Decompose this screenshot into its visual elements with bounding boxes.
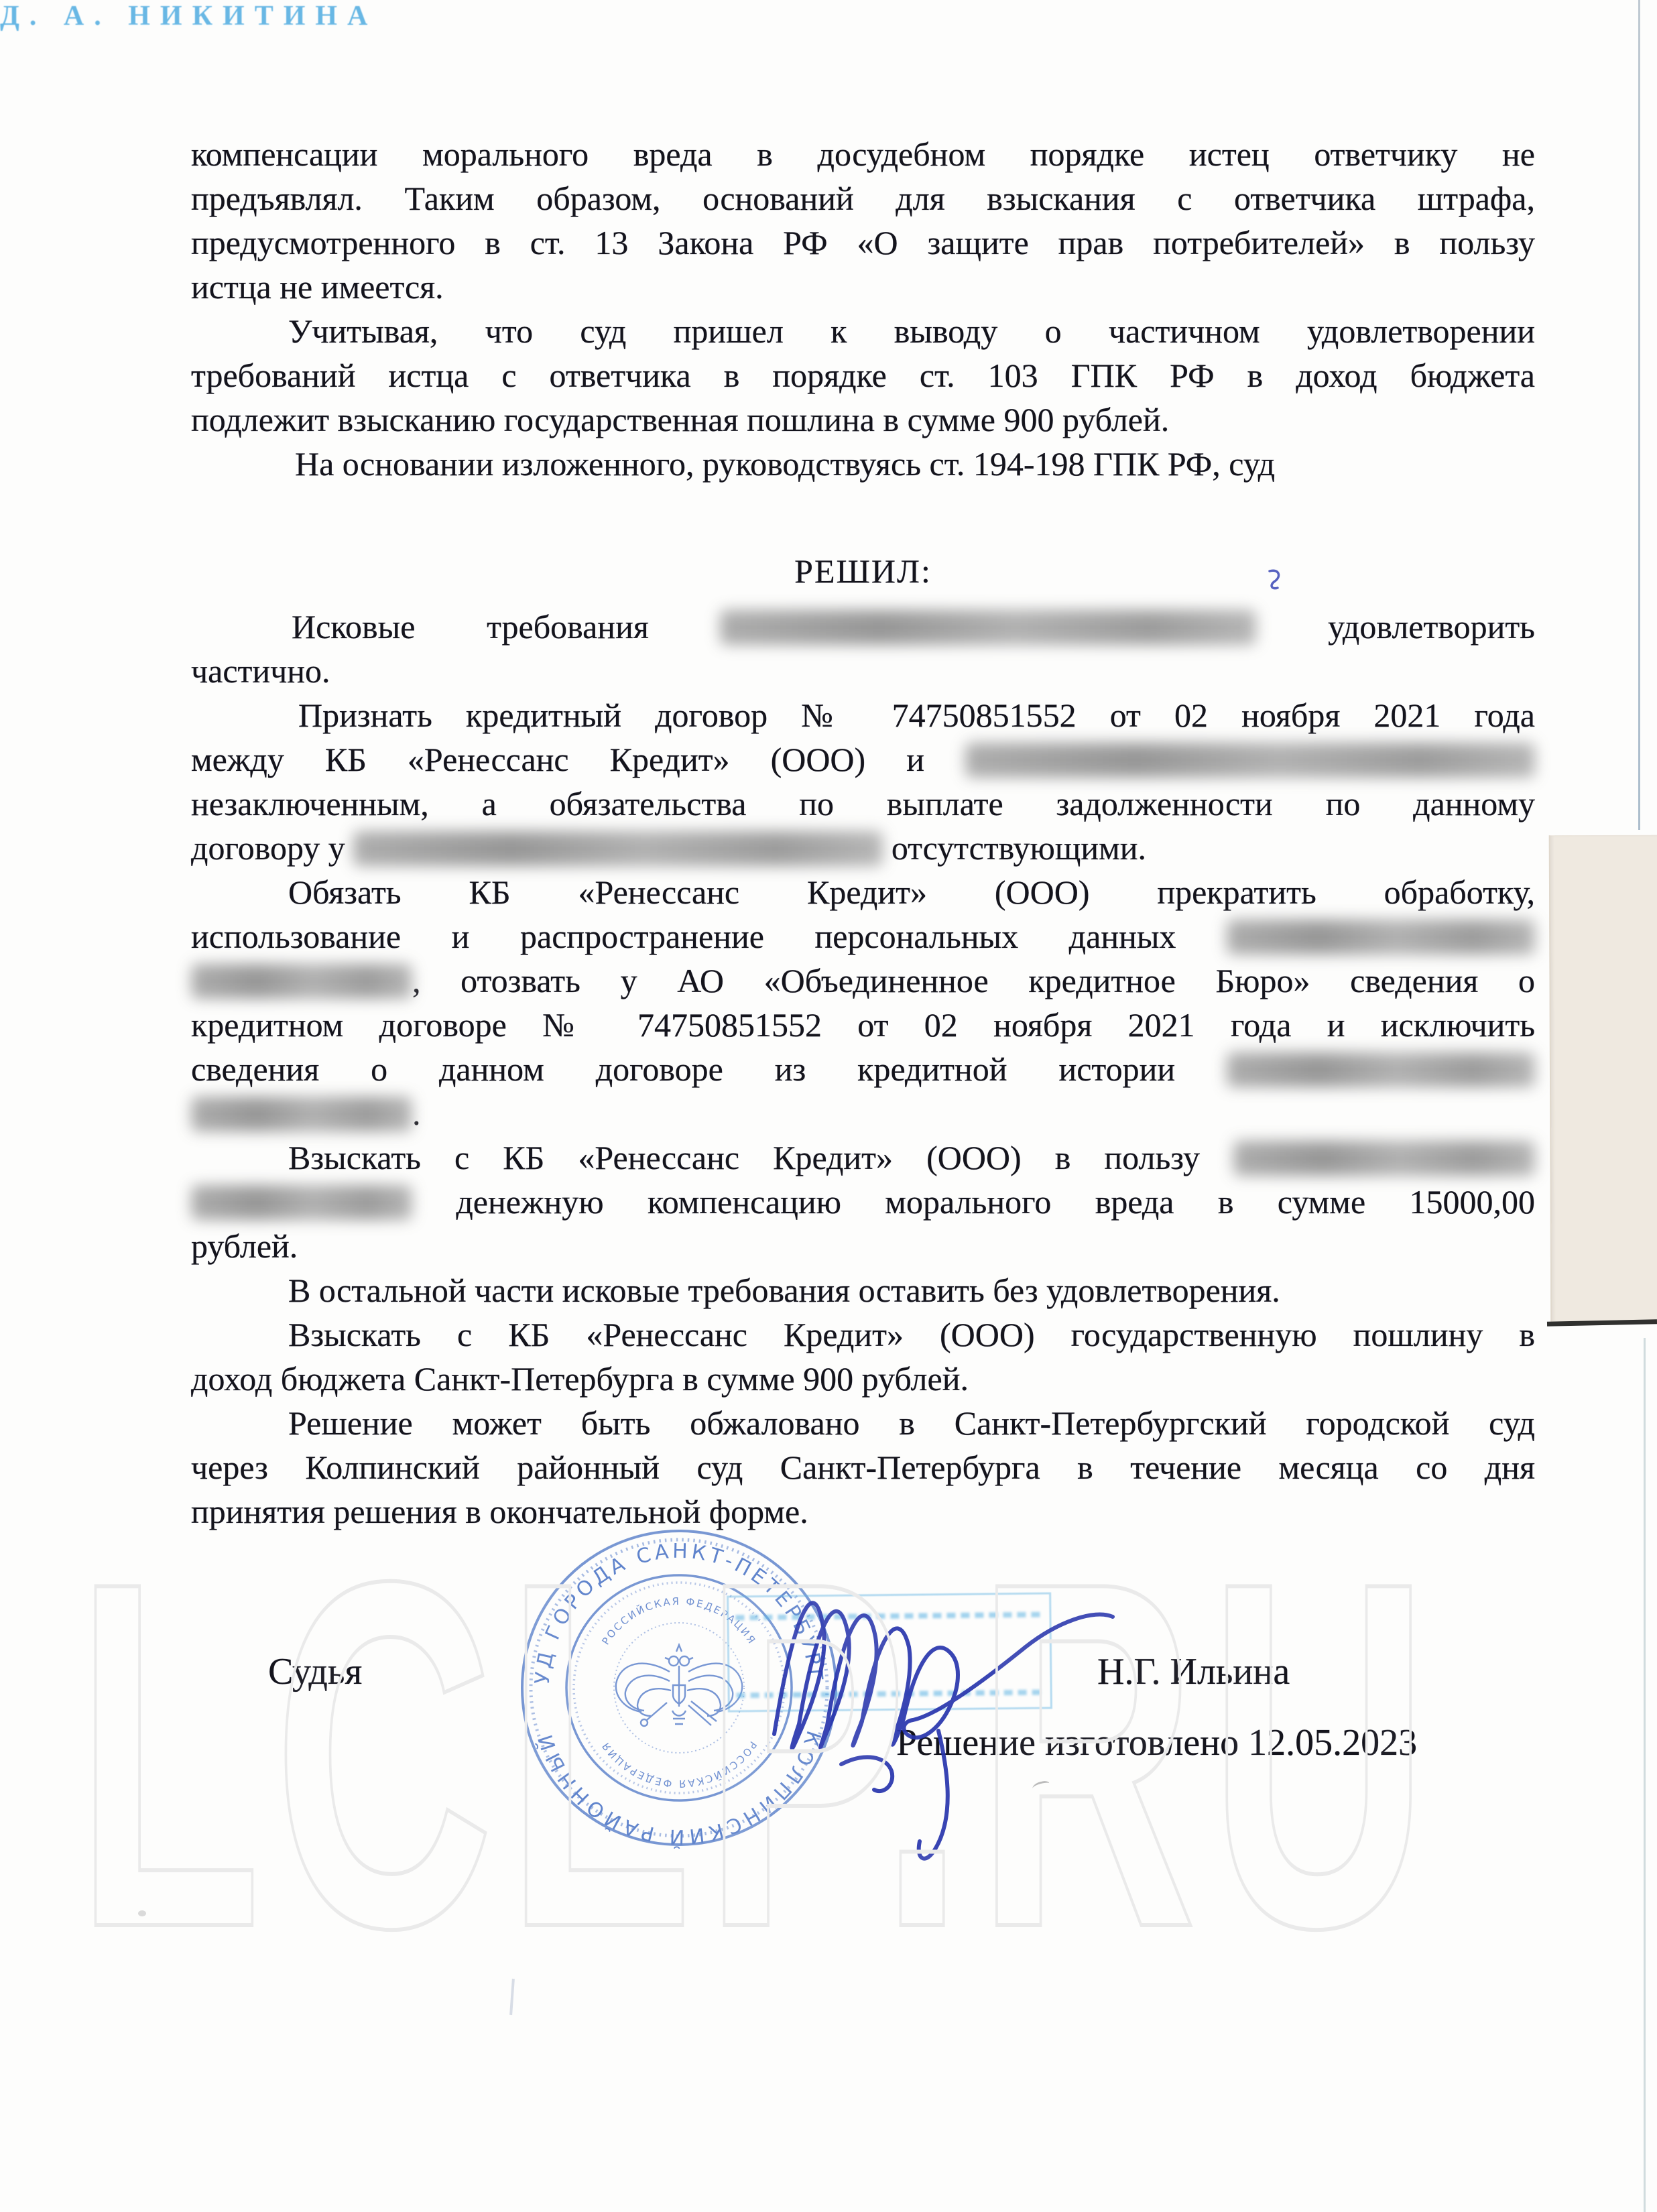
text-segment: кредитном договоре № 74750851552 от 02 н… [191, 1006, 1535, 1044]
text-line: Взыскать с КБ «Ренессанс Кредит» (ООО) в… [191, 1138, 1535, 1178]
text-line: использование и распространение персонал… [191, 916, 1535, 957]
text-segment: незаключенным, а обязательства по выплат… [191, 785, 1535, 822]
redacted-name [965, 743, 1535, 778]
text-line: Решение может быть обжаловано в Санкт-Пе… [191, 1403, 1535, 1443]
text-line: требований истца с ответчика в порядке с… [191, 355, 1535, 395]
double-headed-eagle [616, 1645, 742, 1726]
text-line: Признать кредитный договор № 74750851552… [191, 695, 1535, 735]
text-line: через Колпинский районный суд Санкт-Пете… [191, 1447, 1535, 1487]
text-segment: РЕШИЛ: [794, 552, 932, 590]
text-segment: истца не имеется. [191, 268, 444, 306]
text-segment: предусмотренного в ст. 13 Закона РФ «О з… [191, 224, 1535, 261]
pen-mark [1266, 568, 1286, 593]
text-segment: , отозвать у АО «Объединенное кредитное … [412, 962, 1535, 999]
text-segment: между КБ «Ренессанс Кредит» (ООО) и [191, 741, 965, 778]
judge-signature [737, 1503, 1140, 1865]
text-line: между КБ «Ренессанс Кредит» (ООО) и [191, 739, 1535, 780]
text-line: кредитном договоре № 74750851552 от 02 н… [191, 1005, 1535, 1045]
text-line: доход бюджета Санкт-Петербурга в сумме 9… [191, 1359, 1535, 1399]
text-line: , отозвать у АО «Объединенное кредитное … [191, 961, 1535, 1001]
text-line: истца не имеется. [191, 267, 1535, 307]
text-segment: В остальной части исковые требования ост… [288, 1272, 1280, 1309]
text-segment: Учитывая, что суд пришел к выводу о част… [288, 312, 1535, 350]
text-segment: доход бюджета Санкт-Петербурга в сумме 9… [191, 1360, 969, 1398]
redacted-name [1233, 1141, 1535, 1176]
text-segment: рублей. [191, 1227, 298, 1265]
redacted-name [1227, 920, 1535, 955]
text-line: Учитывая, что суд пришел к выводу о част… [191, 311, 1535, 351]
judge-label: Судья [268, 1650, 362, 1693]
text-line: сведения о данном договоре из кредитной … [191, 1049, 1535, 1089]
redacted-name [353, 831, 883, 866]
text-line: незаключенным, а обязательства по выплат… [191, 784, 1535, 824]
text-segment: Исковые требования [292, 608, 720, 646]
text-line: . [191, 1093, 1535, 1133]
redacted-name [191, 964, 412, 999]
text-line: предусмотренного в ст. 13 Закона РФ «О з… [191, 223, 1535, 263]
text-line: компенсации морального вреда в досудебно… [191, 134, 1535, 174]
decision-heading: РЕШИЛ: [191, 551, 1535, 591]
scanned-court-decision-page: компенсации морального вреда в досудебно… [0, 0, 1657, 2212]
text-segment: частично. [191, 652, 330, 690]
text-segment: . [412, 1095, 421, 1132]
text-line: договору у отсутствующими. [191, 828, 1535, 868]
text-segment: предъявлял. Таким образом, оснований для… [191, 180, 1535, 217]
text-segment: денежную компенсацию морального вреда в … [412, 1183, 1535, 1221]
redacted-name [191, 1185, 412, 1220]
text-line: рублей. [191, 1226, 1535, 1266]
seal-inner-text-bottom: РОССИЙСКАЯ ФЕДЕРАЦИЯ [599, 1739, 759, 1790]
text-segment: через Колпинский районный суд Санкт-Пете… [191, 1449, 1535, 1486]
redacted-name [720, 610, 1256, 645]
text-segment: Взыскать с КБ «Ренессанс Кредит» (ООО) в… [288, 1139, 1233, 1176]
text-segment: Обязать КБ «Ренессанс Кредит» (ООО) прек… [288, 873, 1535, 911]
text-line: частично. [191, 651, 1535, 691]
text-segment: сведения о данном договоре из кредитной … [191, 1050, 1227, 1088]
text-segment: договору у [191, 829, 353, 867]
text-segment: Решение может быть обжаловано в Санкт-Пе… [288, 1404, 1535, 1442]
text-line: На основании изложенного, руководствуясь… [191, 444, 1535, 484]
text-segment: Признать кредитный договор № 74750851552… [298, 696, 1535, 734]
text-segment: Взыскать с КБ «Ренессанс Кредит» (ООО) г… [288, 1316, 1535, 1353]
text-line: Исковые требования удовлетворить [191, 607, 1535, 647]
text-line: денежную компенсацию морального вреда в … [191, 1182, 1535, 1222]
redacted-name [191, 1097, 412, 1131]
text-segment: использование и распространение персонал… [191, 918, 1227, 955]
document-body: компенсации морального вреда в досудебно… [0, 0, 1657, 2212]
text-segment: На основании изложенного, руководствуясь… [295, 445, 1275, 483]
text-line: Взыскать с КБ «Ренессанс Кредит» (ООО) г… [191, 1314, 1535, 1355]
text-line: В остальной части исковые требования ост… [191, 1270, 1535, 1310]
text-line: предъявлял. Таким образом, оснований для… [191, 178, 1535, 219]
text-segment: удовлетворить [1256, 608, 1535, 646]
text-segment: подлежит взысканию государственная пошли… [191, 401, 1169, 438]
text-line: Обязать КБ «Ренессанс Кредит» (ООО) прек… [191, 872, 1535, 912]
redacted-name [1227, 1052, 1535, 1087]
text-line: подлежит взысканию государственная пошли… [191, 400, 1535, 440]
scan-speck [138, 1910, 146, 1916]
text-segment: компенсации морального вреда в досудебно… [191, 135, 1535, 173]
text-segment: отсутствующими. [883, 829, 1146, 867]
text-segment: требований истца с ответчика в порядке с… [191, 357, 1535, 394]
